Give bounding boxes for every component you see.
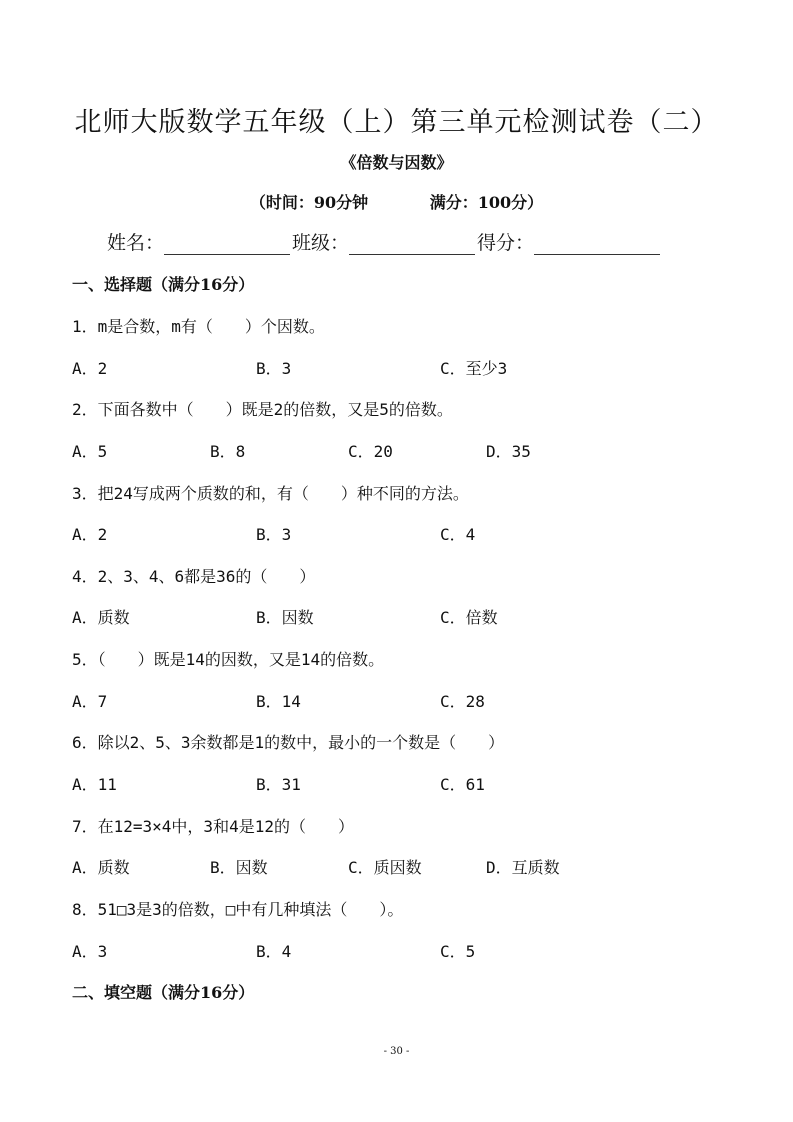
option: C．20: [348, 439, 393, 462]
question-stem: 1．m是合数，m有（ ）个因数。: [72, 314, 325, 337]
option: B．3: [256, 356, 291, 379]
question-stem: 7．在12=3×4中，3和4是12的（ ）: [72, 814, 354, 837]
option: D．互质数: [486, 855, 560, 878]
option: A．7: [72, 689, 107, 712]
name-label: 姓名：: [107, 228, 164, 255]
score-label: 得分：: [477, 228, 534, 255]
question-stem: 5．（ ）既是14的因数，又是14的倍数。: [72, 647, 384, 670]
question-stem: 8．51□3是3的倍数，□中有几种填法（ ）。: [72, 897, 403, 920]
class-label: 班级：: [292, 228, 349, 255]
option: C．倍数: [440, 605, 498, 628]
option: B．因数: [256, 605, 314, 628]
option: A．2: [72, 522, 107, 545]
exam-meta: （时间：90分钟 满分：100分）: [0, 190, 793, 213]
student-info-fields: 姓名： 班级： 得分：: [107, 228, 662, 255]
section-heading: 一、选择题（满分16分）: [72, 272, 254, 295]
option: C．质因数: [348, 855, 422, 878]
option: C．61: [440, 772, 485, 795]
option: C．至少3: [440, 356, 507, 379]
option: B．3: [256, 522, 291, 545]
question-stem: 4．2、3、4、6都是36的（ ）: [72, 564, 315, 587]
option: B．14: [256, 689, 301, 712]
question-stem: 3．把24写成两个质数的和，有（ ）种不同的方法。: [72, 481, 469, 504]
score-blank[interactable]: [534, 232, 660, 255]
option: A．3: [72, 939, 107, 962]
option: A．2: [72, 356, 107, 379]
option: C．28: [440, 689, 485, 712]
question-stem: 2．下面各数中（ ）既是2的倍数，又是5的倍数。: [72, 397, 453, 420]
option: A．5: [72, 439, 107, 462]
exam-subtitle: 《倍数与因数》: [0, 150, 793, 173]
option: D．35: [486, 439, 531, 462]
option: B．31: [256, 772, 301, 795]
option: C．4: [440, 522, 475, 545]
section-heading: 二、填空题（满分16分）: [72, 980, 254, 1003]
question-stem: 6．除以2、5、3余数都是1的数中，最小的一个数是（ ）: [72, 730, 504, 753]
page-number: - 30 -: [0, 1046, 793, 1057]
option: B．因数: [210, 855, 268, 878]
option: B．4: [256, 939, 291, 962]
name-blank[interactable]: [164, 232, 290, 255]
option: A．质数: [72, 605, 130, 628]
option: B．8: [210, 439, 245, 462]
option: A．11: [72, 772, 117, 795]
full-score: 满分：100分）: [430, 193, 543, 212]
time-limit: （时间：90分钟: [250, 193, 368, 212]
class-blank[interactable]: [349, 232, 475, 255]
option: C．5: [440, 939, 475, 962]
exam-title: 北师大版数学五年级（上）第三单元检测试卷（二）: [0, 100, 793, 139]
option: A．质数: [72, 855, 130, 878]
